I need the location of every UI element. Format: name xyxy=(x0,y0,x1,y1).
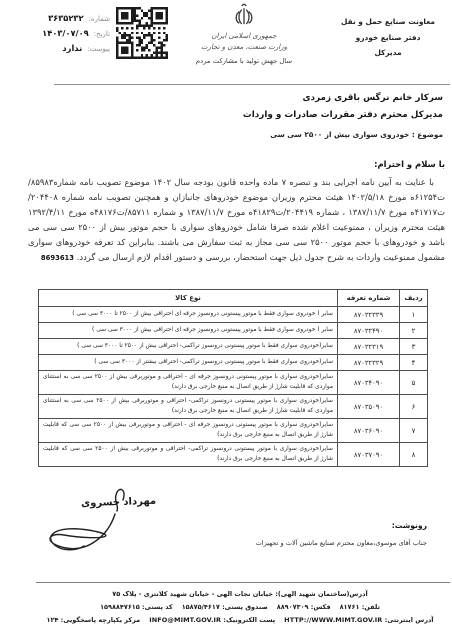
footer-email: پست الکترونیک: INFO@MIMT.GOV.IR xyxy=(149,614,275,627)
footer-address-line: آدرس(ساختمان شهید الهی): خیابان نجات اله… xyxy=(28,588,452,601)
letter-date-value: ۱۴۰۳/۰۷/۰۹ xyxy=(42,28,89,38)
subject-text: خودروی سواری بیش از ۲۵۰۰ سی سی xyxy=(270,130,409,139)
cell-row: ۲ xyxy=(400,323,428,339)
footer-website: آدرس اینترنتی: HTTP://WWW.MIMT.GOV.IR xyxy=(284,614,433,627)
cell-tariff: ۸۷۰۳۲۳۳۹ xyxy=(338,307,400,323)
letter-number-row: شماره: ۳۶۳۵۲۳۲ xyxy=(4,13,110,23)
pobox-label: صندوق پستی: xyxy=(222,603,268,611)
cell-row: ۳ xyxy=(400,339,428,355)
phone-value: ۸۱۷۶۱ xyxy=(340,603,360,611)
office-line-3: مدیرکل xyxy=(328,45,448,61)
year-slogan: سال جهش تولید با مشارکت مردم xyxy=(170,57,318,65)
reference-code: 8693613 xyxy=(41,254,74,262)
official-letter-page: شماره: ۳۶۳۵۲۳۲ تاریخ: ۱۴۰۳/۰۷/۰۹ پیوست: … xyxy=(0,0,452,640)
recipient-title: مدیرکل محترم دفتر مقررات صادرات و واردات xyxy=(243,110,443,120)
table-row: ۱۸۷۰۳۲۳۳۹سایر ( خودروی سواری فقط با موتو… xyxy=(39,307,428,323)
cell-goods: سایر(خودروی سواری با موتور پیستونی درونس… xyxy=(39,395,338,419)
cell-tariff: ۸۷۰۳۲۳۲۹ xyxy=(338,355,400,371)
table-row: ۶۸۷۰۳۵۰۹۰سایر(خودروی سواری با موتور پیست… xyxy=(39,395,428,419)
letter-attachment-row: پیوست: ندارد xyxy=(4,43,110,53)
qr-code xyxy=(116,7,168,59)
cell-row: ۴ xyxy=(400,355,428,371)
fax-value: ۸۸۹۰۷۳۰۹ xyxy=(277,603,309,611)
header-divider xyxy=(54,84,450,85)
email-label: پست الکترونیک: xyxy=(223,616,275,624)
header-row-number: ردیف xyxy=(400,290,428,307)
body-paragraph: با عنایت به آیین نامه اجرایی بند و تبصره… xyxy=(28,175,445,265)
cell-tariff: ۸۷۰۳۷۰۹۰ xyxy=(338,443,400,467)
footer: آدرس(ساختمان شهید الهی): خیابان نجات اله… xyxy=(28,588,452,627)
cell-row: ۷ xyxy=(400,419,428,443)
signature-block: مهرداد خسروی xyxy=(26,484,164,568)
letter-number-value: ۳۶۳۵۲۳۲ xyxy=(48,13,83,23)
footer-address: آدرس(ساختمان شهید الهی): خیابان نجات اله… xyxy=(112,588,367,601)
hotline-value: ۱۲۴ xyxy=(46,616,58,624)
letter-attachment-value: ندارد xyxy=(62,43,82,53)
letter-date-label: تاریخ: xyxy=(94,30,110,38)
body-text: با عنایت به آیین نامه اجرایی بند و تبصره… xyxy=(28,177,445,262)
footer-divider xyxy=(36,582,450,583)
table-row: ۵۸۷۰۳۴۰۹۰سایر(خودروی سواری با موتور پیست… xyxy=(39,371,428,395)
cc-block: رونوشت: جناب آقای موسوی،معاون محترم صنای… xyxy=(256,521,427,547)
cc-item: جناب آقای موسوی،معاون محترم صنایع ماشین … xyxy=(256,539,427,547)
table-row: ۷۸۷۰۳۶۰۹۰سایر(خودروی سواری با موتور پیست… xyxy=(39,419,428,443)
cell-row: ۶ xyxy=(400,395,428,419)
subject-line: موضوع : خودروی سواری بیش از ۲۵۰۰ سی سی xyxy=(243,130,443,139)
cell-tariff: ۸۷۰۳۵۰۹۰ xyxy=(338,395,400,419)
office-line-2: دفتر صنایع خودرو xyxy=(328,30,448,46)
cell-tariff: ۸۷۰۳۴۰۹۰ xyxy=(338,371,400,395)
iran-emblem-icon xyxy=(231,3,257,30)
cell-row: ۵ xyxy=(400,371,428,395)
cell-goods: سایر ( خودروی سواری فقط با موتور پیستونی… xyxy=(39,323,338,339)
letter-date-row: تاریخ: ۱۴۰۳/۰۷/۰۹ xyxy=(4,28,110,38)
hotline-label: مرکز یکپارچه پاسخگویی: xyxy=(61,616,141,624)
footer-fax: فکس: ۸۸۹۰۷۳۰۹ xyxy=(277,601,331,614)
office-line-1: معاونت صنایع حمل و نقل xyxy=(328,14,448,30)
cell-tariff: ۸۷۰۳۲۴۹۰ xyxy=(338,323,400,339)
footer-contact-line: تلفن: ۸۱۷۶۱ فکس: ۸۸۹۰۷۳۰۹ صندوق پستی: ۱۵… xyxy=(28,601,452,614)
cell-goods: سایر(خودروی سواری با موتور پیستونی درونس… xyxy=(39,371,338,395)
recipient-block: سرکار خانم نرگس باقری زمردی مدیرکل محترم… xyxy=(243,93,443,139)
cell-row: ۱ xyxy=(400,307,428,323)
cell-tariff: ۸۷۰۳۲۳۱۹ xyxy=(338,339,400,355)
tariff-table: ردیف شماره تعرفه نوع کالا ۱۸۷۰۳۲۳۳۹سایر … xyxy=(38,289,428,467)
footer-hotline: مرکز یکپارچه پاسخگویی: ۱۲۴ xyxy=(46,614,140,627)
postcode-value: ۱۵۹۸۸۴۷۶۱۵ xyxy=(100,603,140,611)
country-name: جمهوری اسلامی ایران xyxy=(170,31,318,42)
subject-label: موضوع : xyxy=(412,130,443,139)
table-header-row: ردیف شماره تعرفه نوع کالا xyxy=(39,290,428,307)
ministry-name: وزارت صنعت، معدن و تجارت xyxy=(170,42,318,53)
footer-web-line: آدرس اینترنتی: HTTP://WWW.MIMT.GOV.IR پس… xyxy=(28,614,452,627)
cell-goods: سایر ( خودروی سواری فقط با موتور پیستونی… xyxy=(39,307,338,323)
letterhead-center: جمهوری اسلامی ایران وزارت صنعت، معدن و ت… xyxy=(170,3,318,65)
table-row: ۲۸۷۰۳۲۴۹۰سایر ( خودروی سواری فقط با موتو… xyxy=(39,323,428,339)
pobox-value: ۱۵۸۷۵/۴۶۱۷ xyxy=(182,603,220,611)
postcode-label: کد پستی: xyxy=(142,603,173,611)
footer-postcode: کد پستی: ۱۵۹۸۸۴۷۶۱۵ xyxy=(100,601,173,614)
recipient-name: سرکار خانم نرگس باقری زمردی xyxy=(243,93,443,103)
website-value: HTTP://WWW.MIMT.GOV.IR xyxy=(284,616,382,624)
cell-goods: سایر(خودروی سواری با موتور پیستونی درونس… xyxy=(39,443,338,467)
cell-goods: سایر(خودروی سواری با موتور پیستونی درونس… xyxy=(39,419,338,443)
table-row: ۳۸۷۰۳۲۳۱۹سایر(خودروی سواری فقط با موتور … xyxy=(39,339,428,355)
issuing-office: معاونت صنایع حمل و نقل دفتر صنایع خودرو … xyxy=(328,14,448,61)
letter-number-label: شماره: xyxy=(89,15,110,23)
phone-label: تلفن: xyxy=(362,603,380,611)
footer-phone: تلفن: ۸۱۷۶۱ xyxy=(340,601,380,614)
cc-label: رونوشت: xyxy=(256,521,427,530)
cell-tariff: ۸۷۰۳۶۰۹۰ xyxy=(338,419,400,443)
footer-pobox: صندوق پستی: ۱۵۸۷۵/۴۶۱۷ xyxy=(182,601,268,614)
tariff-table-body: ۱۸۷۰۳۲۳۳۹سایر ( خودروی سواری فقط با موتو… xyxy=(39,307,428,467)
table-row: ۸۸۷۰۳۷۰۹۰سایر(خودروی سواری با موتور پیست… xyxy=(39,443,428,467)
letter-attachment-label: پیوست: xyxy=(87,45,110,53)
fax-label: فکس: xyxy=(311,603,331,611)
header-tariff-code: شماره تعرفه xyxy=(338,290,400,307)
cell-goods: سایر(خودروی سواری فقط با موتور پیستونی د… xyxy=(39,355,338,371)
table-row: ۴۸۷۰۳۲۳۲۹سایر(خودروی سواری فقط با موتور … xyxy=(39,355,428,371)
letter-meta: شماره: ۳۶۳۵۲۳۲ تاریخ: ۱۴۰۳/۰۷/۰۹ پیوست: … xyxy=(4,13,110,58)
salutation: با سلام و احترام: xyxy=(374,159,445,169)
cell-row: ۸ xyxy=(400,443,428,467)
header-goods-type: نوع کالا xyxy=(39,290,338,307)
website-label: آدرس اینترنتی: xyxy=(385,616,434,624)
email-value: INFO@MIMT.GOV.IR xyxy=(149,616,221,624)
cell-goods: سایر(خودروی سواری فقط با موتور پیستونی د… xyxy=(39,339,338,355)
